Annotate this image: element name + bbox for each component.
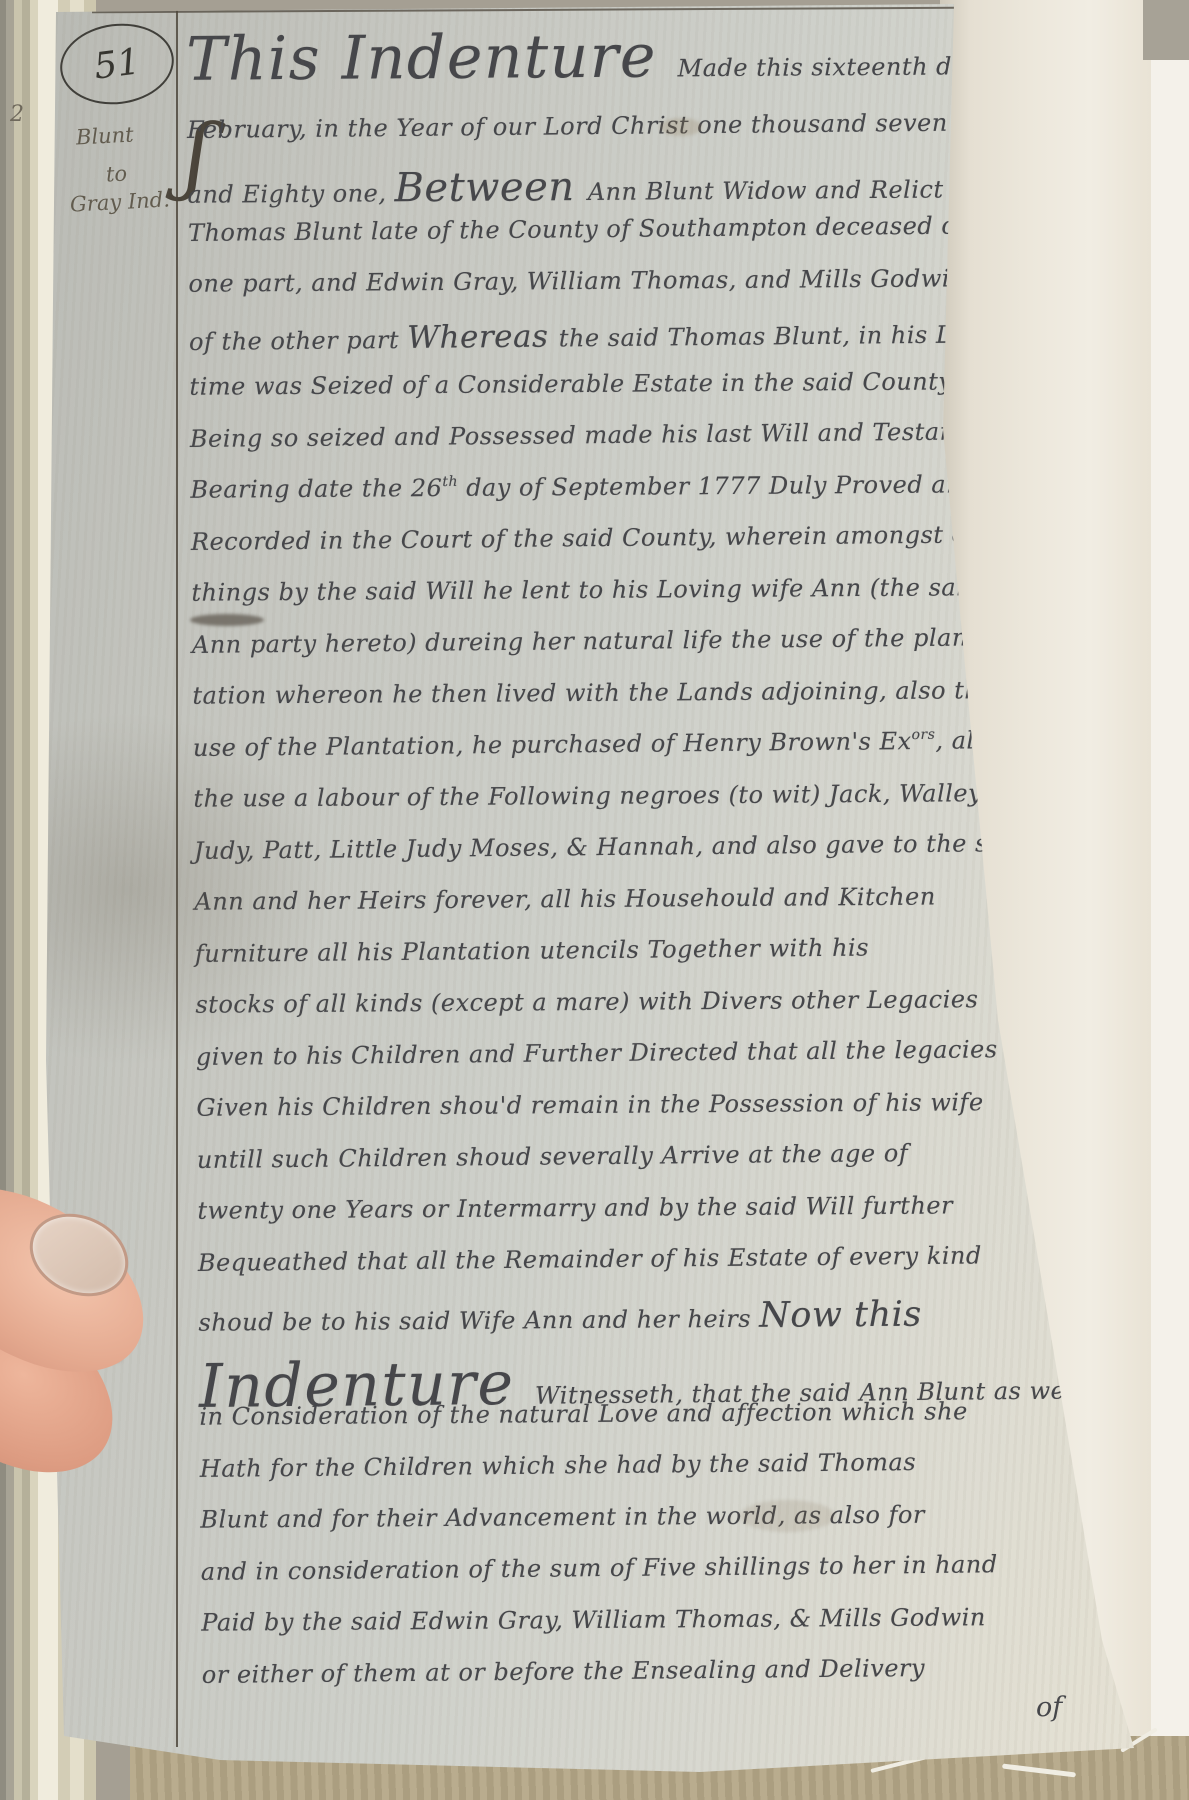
photo-of-manuscript: 2 51 Blunt to Gray Ind. ʃ This Indenture… [0,0,1189,1800]
ink-smudge [190,614,264,626]
text-segment: time was Seized of a Considerable Estate… [189,367,1007,401]
top-rule-line [92,7,954,14]
text-segment: in Consideration of the natural Love and… [199,1397,968,1430]
margin-rule-line [176,7,178,1747]
paper-stain [740,1500,835,1532]
text-segment: the use a labour of the Following negroe… [193,778,1066,812]
text-line: Hath for the Children which she had by t… [200,1446,1150,1507]
text-segment: shoud be to his said Wife Ann and her he… [198,1304,759,1336]
text-segment: Paid by the said Edwin Gray, William Tho… [201,1603,986,1636]
text-segment: Between [394,163,588,210]
text-segment: of the other part [189,326,407,356]
edge-mark: 2 [10,102,24,127]
text-line: Blunt and for their Advancement in the w… [200,1499,1150,1557]
text-line: Bequeathed that all the Remainder of his… [198,1240,1148,1301]
text-segment: one part, and Edwin Gray, William Thomas… [188,264,966,297]
text-segment: This Indenture [186,21,678,94]
text-line: and in consideration of the sum of Five … [201,1549,1151,1610]
text-segment: Ann Blunt Widow and Relict of [588,175,976,206]
margin-note-line2: to [105,161,127,186]
catchword: of [1036,1692,1062,1723]
table-corner [1143,0,1189,60]
text-segment: ors [911,727,935,743]
text-segment: Whereas [407,318,559,355]
text-line: untill such Children shoud severally Arr… [197,1137,1147,1198]
margin-note-line1: Blunt [75,123,134,150]
page-number: 51 [92,41,142,87]
text-segment: things by the said Will he lent to his L… [191,573,980,607]
text-segment: furniture all his Plantation utencils To… [195,933,869,967]
text-line: or either of them at or before the Ensea… [202,1652,1152,1713]
text-segment: tation whereon he then lived with the La… [192,676,995,710]
text-segment: Now this [759,1294,922,1335]
text-line: in Consideration of the natural Love and… [199,1396,1149,1454]
margin-note-line3: Gray Ind. [69,187,170,216]
text-line: twenty one Years or Intermarry and by th… [197,1190,1147,1248]
text-line: Indenture Witnesseth, that the said Ann … [199,1343,1149,1404]
text-segment: and Eighty one, [188,179,395,208]
text-segment: stocks of all kinds (except a mare) with… [195,985,978,1018]
text-segment: day of September 1777 Duly Proved and [458,470,978,502]
text-segment: Bearing date the 26 [190,473,442,503]
text-segment: the said Thomas Blunt, in his Life [559,320,985,352]
text-segment: Ann and her Heirs forever, all his House… [194,882,935,915]
text-line: shoud be to his said Wife Ann and her he… [198,1293,1148,1351]
text-segment: Given his Children shou'd remain in the … [196,1088,983,1121]
text-line: Given his Children shou'd remain in the … [196,1087,1146,1145]
backing-page-edge [1151,55,1189,1780]
text-line: Paid by the said Edwin Gray, William Tho… [201,1602,1151,1660]
text-segment: twenty one Years or Intermarry and by th… [197,1191,953,1224]
paper-stain [660,118,702,136]
text-segment: th [442,473,458,489]
page-number-oval: 51 [56,17,179,110]
